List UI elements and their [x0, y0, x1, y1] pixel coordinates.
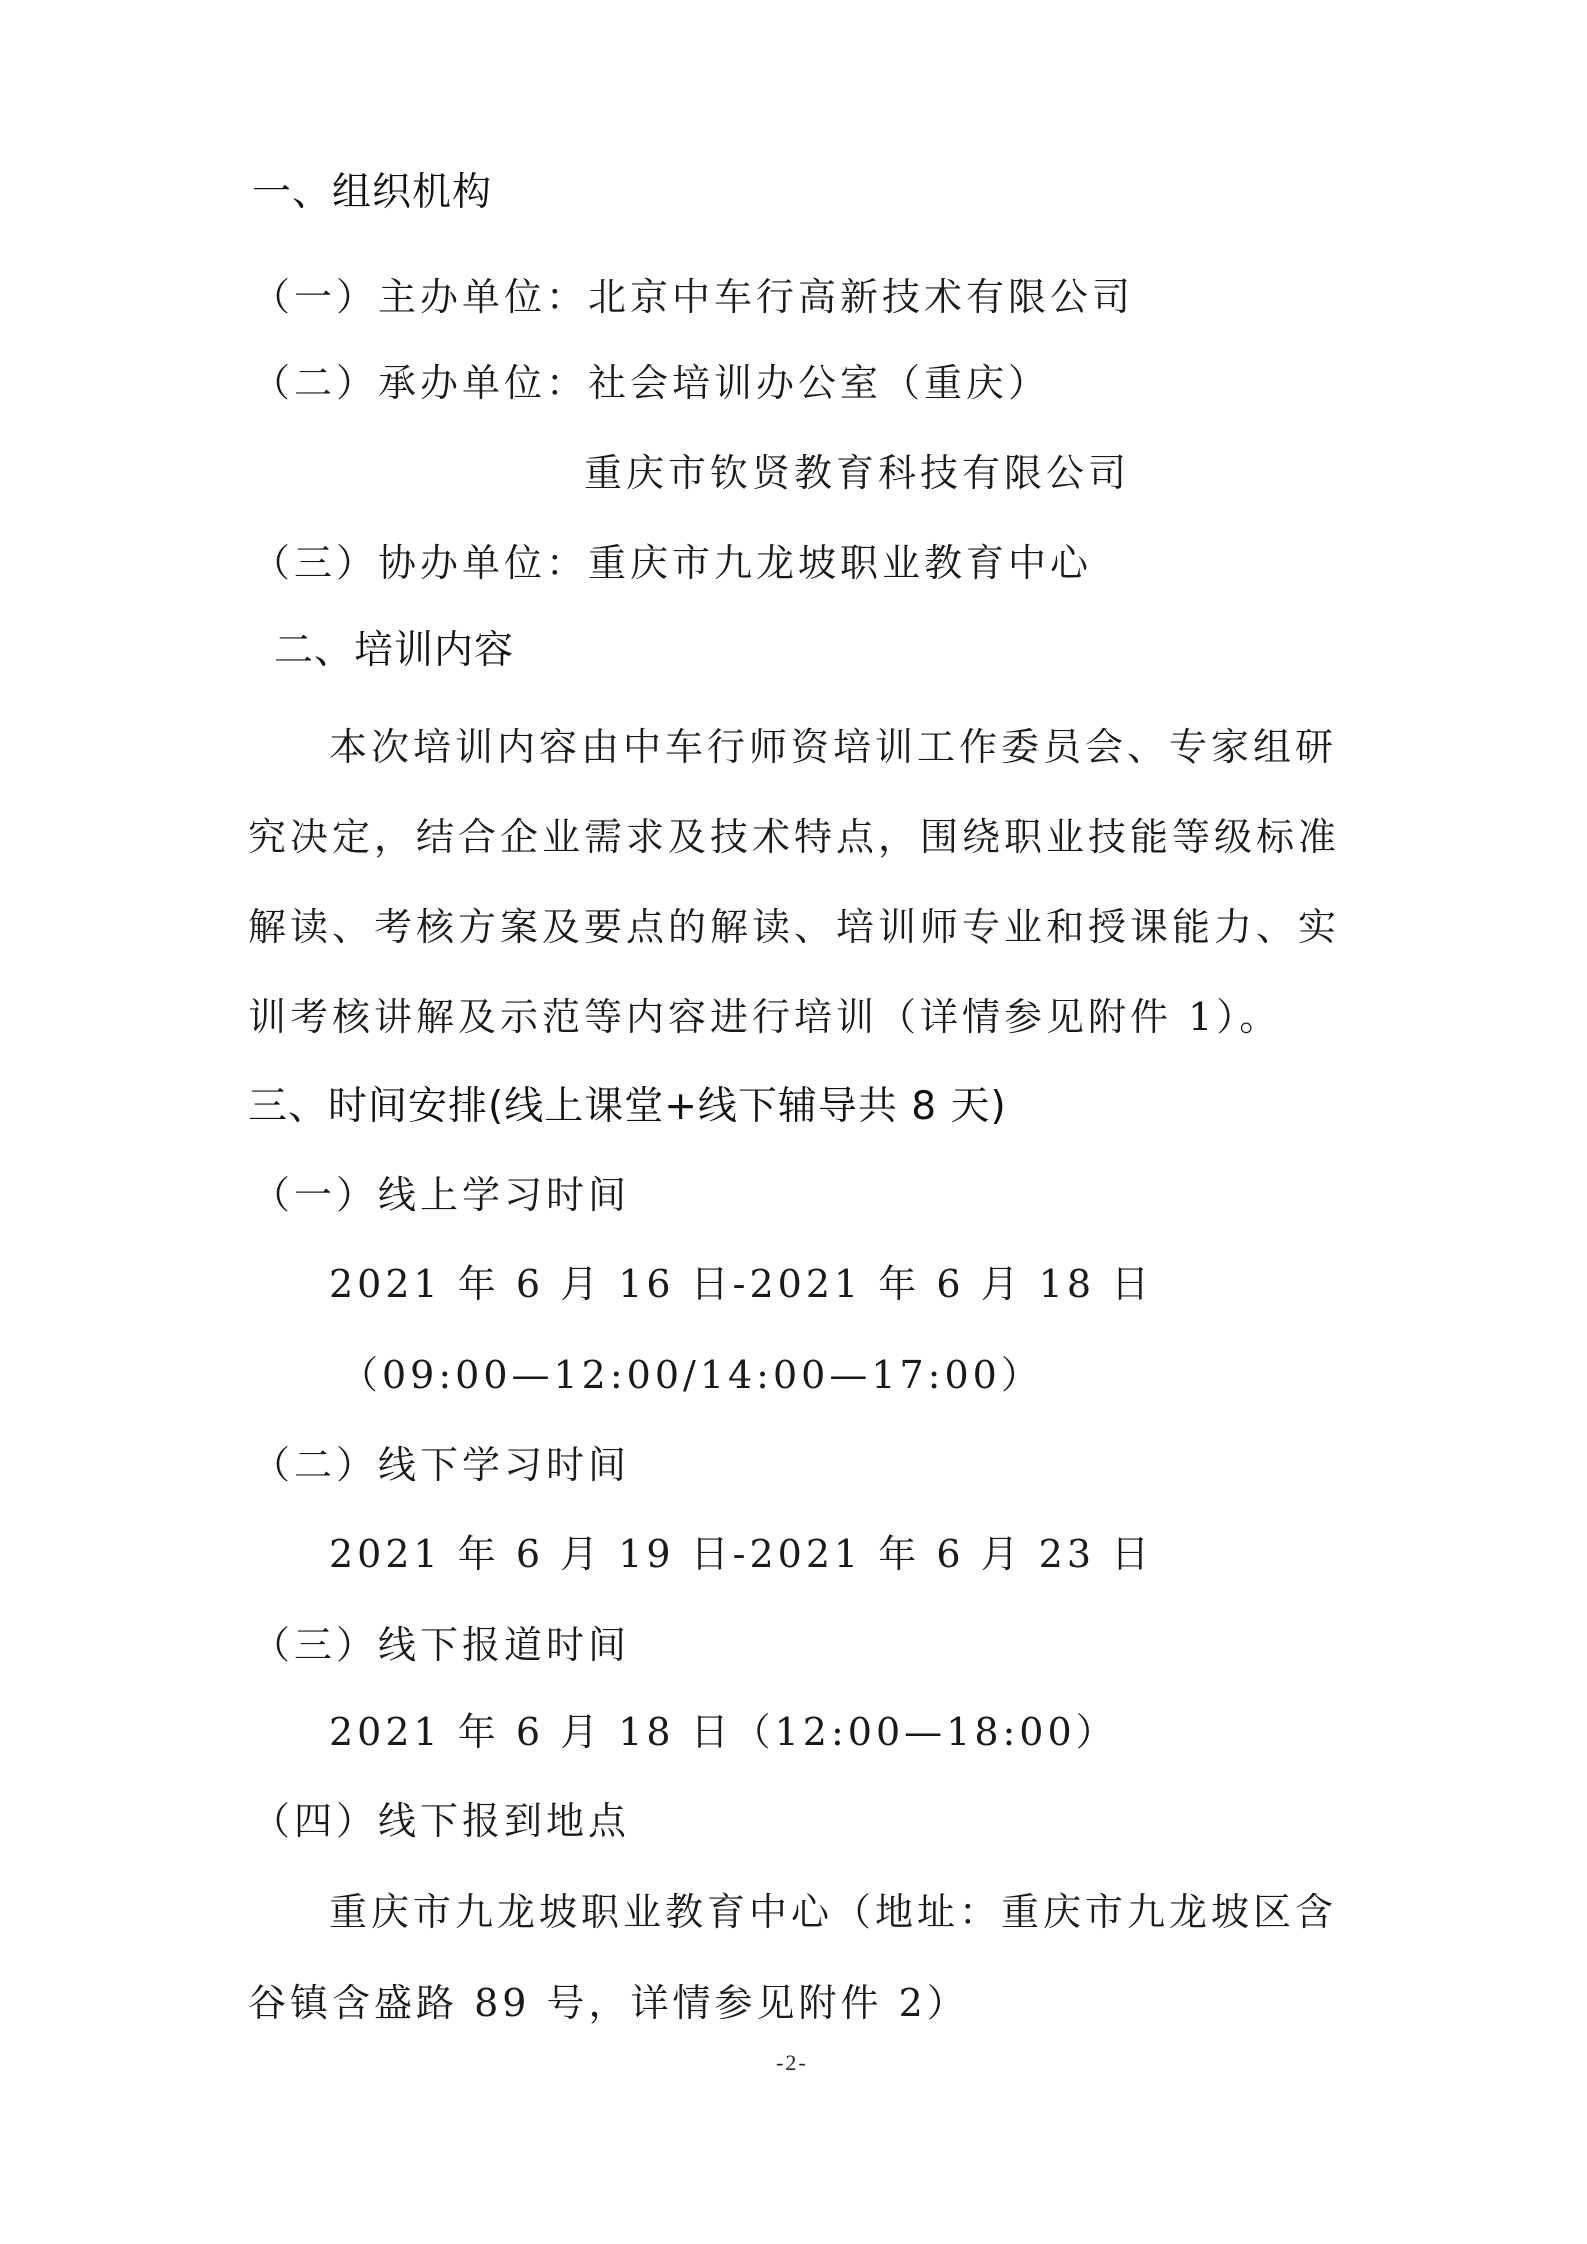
check-in-location-line: 谷镇含盛路 89 号，详情参见附件 2）: [248, 1978, 969, 2028]
check-in-time-value: 2021 年 6 月 18 日（12:00—18:00）: [329, 1707, 1118, 1757]
check-in-time-label: （三）线下报道时间: [252, 1620, 630, 1670]
online-study-dates: 2021 年 6 月 16 日-2021 年 6 月 18 日: [329, 1259, 1153, 1309]
online-study-label: （一）线上学习时间: [252, 1170, 630, 1220]
co-organizer-label: （三）协办单位：: [252, 541, 588, 585]
paragraph-line: 本次培训内容由中车行师资培训工作委员会、专家组研: [329, 722, 1337, 772]
online-study-hours: （09:00—12:00/14:00—17:00）: [340, 1350, 1043, 1400]
organizer-label: （一）主办单位：: [252, 275, 588, 319]
undertaker-value: 社会培训办公室（重庆）: [588, 361, 1050, 405]
paragraph-line: 训考核讲解及示范等内容进行培训（详情参见附件 1）。: [248, 992, 1281, 1042]
offline-study-dates: 2021 年 6 月 19 日-2021 年 6 月 23 日: [329, 1529, 1153, 1579]
undertaker-value-2: 重庆市钦贤教育科技有限公司: [584, 448, 1130, 498]
undertaker-row: （二）承办单位：社会培训办公室（重庆）: [252, 358, 1050, 408]
co-organizer-value: 重庆市九龙坡职业教育中心: [588, 541, 1092, 585]
co-organizer-row: （三）协办单位：重庆市九龙坡职业教育中心: [252, 538, 1092, 588]
organizer-value: 北京中车行高新技术有限公司: [588, 275, 1134, 319]
section-heading-schedule: 三、时间安排(线上课堂+线下辅导共 8 天): [248, 1082, 1007, 1132]
undertaker-label: （二）承办单位：: [252, 361, 588, 405]
check-in-location-label: （四）线下报到地点: [252, 1796, 630, 1846]
section-heading-training-content: 二、培训内容: [274, 626, 514, 676]
paragraph-line: 解读、考核方案及要点的解读、培训师专业和授课能力、实: [248, 902, 1340, 952]
paragraph-line: 究决定，结合企业需求及技术特点，围绕职业技能等级标准: [248, 812, 1340, 862]
page-number: -2-: [776, 2050, 808, 2076]
check-in-location-line: 重庆市九龙坡职业教育中心（地址：重庆市九龙坡区含: [329, 1887, 1337, 1937]
organizer-row: （一）主办单位：北京中车行高新技术有限公司: [252, 272, 1134, 322]
section-heading-organization: 一、组织机构: [252, 168, 492, 218]
offline-study-label: （二）线下学习时间: [252, 1440, 630, 1490]
